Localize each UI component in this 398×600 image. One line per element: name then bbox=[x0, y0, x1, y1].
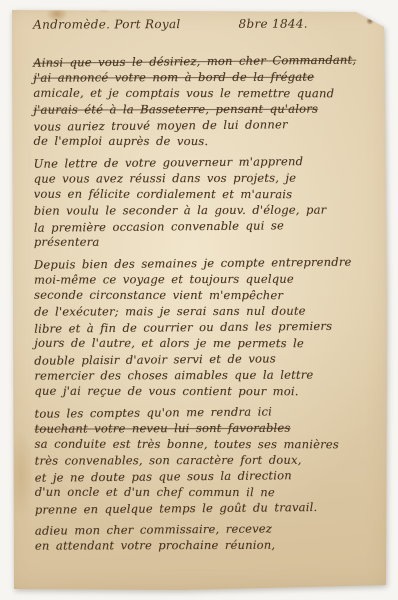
letter-line: tous les comptes qu'on me rendra ici bbox=[34, 402, 383, 421]
letter-paper: Andromède. Port Royal 8bre 1844. Ainsi q… bbox=[0, 0, 398, 600]
letter-line: amicale, et je comptais vous le remettre… bbox=[33, 85, 382, 102]
letter-line: sa conduite est très bonne, toutes ses m… bbox=[35, 436, 384, 453]
foxing-stain bbox=[8, 430, 34, 520]
letter-place: Andromède. Port Royal bbox=[33, 16, 181, 33]
letter-line: adieu mon cher commissaire, recevez bbox=[35, 519, 384, 538]
letter-line: Une lettre de votre gouverneur m'apprend bbox=[34, 152, 383, 171]
letter-line: Depuis bien des semaines je compte entre… bbox=[34, 253, 383, 272]
letter-body: Andromède. Port Royal 8bre 1844. Ainsi q… bbox=[33, 15, 384, 553]
letter-line: Ainsi que vous le désiriez, mon cher Com… bbox=[33, 51, 382, 70]
letter-line: prenne en quelque temps le goût du trava… bbox=[35, 498, 384, 517]
letter-paragraph: tous les comptes qu'on me rendra ici tou… bbox=[34, 403, 383, 516]
letter-line: vous en félicite cordialement et m'aurai… bbox=[34, 186, 383, 203]
letter-paragraph: Ainsi que vous le désiriez, mon cher Com… bbox=[33, 52, 382, 149]
letter-line: d'un oncle et d'un chef commun il ne bbox=[35, 484, 384, 501]
foxing-stain bbox=[96, 1, 112, 13]
letter-line: moi-même ce voyage et toujours quelque bbox=[34, 270, 383, 287]
letter-line: seconde circonstance vient m'empêcher bbox=[34, 287, 383, 304]
paper-shadow: Andromède. Port Royal 8bre 1844. Ainsi q… bbox=[0, 0, 398, 600]
letter-paragraph: Une lettre de votre gouverneur m'apprend… bbox=[34, 153, 383, 250]
letter-photograph: Andromède. Port Royal 8bre 1844. Ainsi q… bbox=[0, 0, 398, 600]
letter-line: vous auriez trouvé moyen de lui donner bbox=[33, 115, 382, 134]
letter-paragraph: adieu mon cher commissaire, recevez en a… bbox=[35, 520, 384, 553]
letter-heading: Andromède. Port Royal 8bre 1844. bbox=[33, 15, 382, 32]
letter-line: la première occasion convenable qui se bbox=[34, 216, 383, 235]
letter-line: en attendant votre prochaine réunion, bbox=[35, 536, 384, 553]
letter-line: touchant votre neveu lui sont favorables bbox=[34, 419, 383, 436]
letter-line: présentera bbox=[34, 234, 383, 251]
letter-line: que j'ai reçue de vous contient pour moi… bbox=[34, 383, 383, 400]
letter-line: jours de l'autre, et alors je me permets… bbox=[34, 335, 383, 352]
letter-line: de l'emploi auprès de vous. bbox=[33, 133, 382, 150]
letter-paragraph: Depuis bien des semaines je compte entre… bbox=[34, 254, 384, 399]
letter-line: j'ai annoncé votre nom à bord de la frég… bbox=[33, 68, 382, 85]
letter-date: 8bre 1844. bbox=[239, 16, 308, 32]
letter-line: double plaisir d'avoir servi et de vous bbox=[34, 349, 383, 368]
letter-line: et je ne doute pas que sous la direction bbox=[35, 466, 384, 485]
letter-line: libre et à fin de courrier ou dans les p… bbox=[34, 317, 383, 336]
letter-line: remercier des choses aimables que la let… bbox=[34, 366, 383, 383]
letter-line: que vous avez réussi dans vos projets, j… bbox=[34, 169, 383, 186]
foxing-stain bbox=[294, 4, 308, 14]
